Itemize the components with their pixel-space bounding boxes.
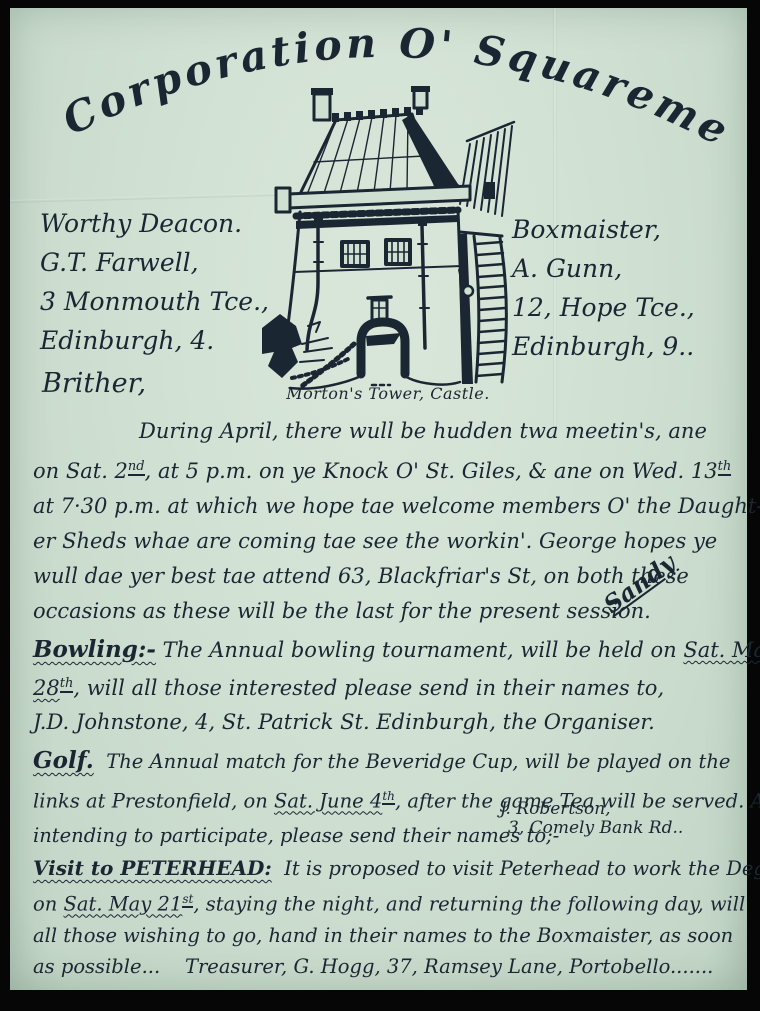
- peterhead-line-1: Visit to PETERHEAD: It is proposed to vi…: [33, 853, 760, 884]
- tower-roof: [300, 86, 466, 194]
- officer-left-title: Worthy Deacon.: [40, 204, 269, 243]
- golf-heading: Golf.: [33, 747, 94, 774]
- officer-right-street: 12, Hope Tce.,: [512, 288, 695, 327]
- intro-line-1: During April, there wull be hudden twa m…: [33, 414, 760, 449]
- golf-line-1: Golf. The Annual match for the Beveridge…: [33, 744, 760, 779]
- officer-left-street: 3 Monmouth Tce.,: [40, 282, 269, 321]
- ordinal-4th: th: [382, 789, 395, 805]
- bowling-date-part-1: Sat. May: [683, 638, 760, 662]
- door-arch: [361, 322, 405, 374]
- officer-block-right: Boxmaister, A. Gunn, 12, Hope Tce., Edin…: [512, 210, 695, 366]
- peterhead-line-3: all those wishing to go, hand in their n…: [33, 920, 760, 951]
- salutation: Brither,: [42, 368, 146, 399]
- peterhead-date: Sat. May 21: [64, 893, 183, 916]
- officer-right-name: A. Gunn,: [512, 249, 695, 288]
- peterhead-line-1-text: It is proposed to visit Peterhead to wor…: [272, 857, 760, 880]
- bowling-heading: Bowling:-: [33, 636, 156, 663]
- intro-line-6: occasions as these will be the last for …: [33, 594, 760, 629]
- stair-lamp: [463, 286, 473, 296]
- peterhead-line-2: on Sat. May 21st, staying the night, and…: [33, 884, 760, 920]
- peterhead-line-4: as possible... Treasurer, G. Hogg, 37, R…: [33, 951, 760, 982]
- golf-contact-block: J. Robertson, 3, Comely Bank Rd..: [500, 800, 683, 838]
- golf-contact-address: 3, Comely Bank Rd..: [500, 819, 683, 838]
- background-wall: [460, 122, 514, 216]
- bowling-section: Bowling:- The Annual bowling tournament,…: [33, 633, 760, 739]
- bowling-line-1: Bowling:- The Annual bowling tournament,…: [33, 633, 760, 667]
- officer-right-title: Boxmaister,: [512, 210, 695, 249]
- wall-window-slit: [484, 182, 495, 199]
- golf-contact-name: J. Robertson,: [500, 800, 683, 819]
- officer-block-left: Worthy Deacon. G.T. Farwell, 3 Monmouth …: [40, 204, 269, 360]
- cornice: [276, 186, 470, 229]
- bowling-date-part-2: 28: [33, 676, 60, 700]
- peterhead-line-2-text-b: , staying the night, and returning the f…: [193, 893, 745, 916]
- golf-date: Sat. June 4: [274, 790, 382, 813]
- ordinal-28th: th: [60, 676, 74, 693]
- golf-line-2-text-a: links at Prestonfield, on: [33, 790, 274, 813]
- officer-left-name: G.T. Farwell,: [40, 243, 269, 282]
- officer-right-city: Edinburgh, 9..: [512, 327, 695, 366]
- scanned-letter: Ye Corporation O' Squaremen.: [0, 0, 760, 1011]
- golf-line-1-text: The Annual match for the Beveridge Cup, …: [94, 750, 731, 773]
- tower-walls: [282, 210, 464, 370]
- peterhead-heading: Visit to PETERHEAD:: [33, 856, 272, 880]
- ordinal-21st: st: [182, 892, 193, 908]
- illustration-caption: Morton's Tower, Castle.: [278, 384, 498, 403]
- bowling-line-2-text: , will all those interested please send …: [73, 676, 664, 700]
- staircase: [458, 232, 506, 384]
- peterhead-line-2-text-a: on: [33, 893, 64, 916]
- tower-windows: [342, 240, 410, 322]
- peterhead-section: Visit to PETERHEAD: It is proposed to vi…: [33, 853, 760, 982]
- intro-line-2-text-b: , at 5 p.m. on ye Knock O' St. Giles, & …: [145, 459, 718, 483]
- bowling-line-1-text: The Annual bowling tournament, will be h…: [156, 638, 683, 662]
- intro-paragraph: During April, there wull be hudden twa m…: [33, 414, 760, 629]
- ordinal-13th: th: [718, 459, 732, 476]
- bowling-line-3: J.D. Johnstone, 4, St. Patrick St. Edinb…: [33, 705, 760, 739]
- intro-line-4: er Sheds whae are coming tae see the wor…: [33, 524, 760, 559]
- intro-line-2-text: on Sat. 2: [33, 459, 128, 483]
- ordinal-2nd: nd: [128, 459, 145, 476]
- intro-line-2: on Sat. 2nd, at 5 p.m. on ye Knock O' St…: [33, 449, 760, 489]
- bowling-line-2: 28th, will all those interested please s…: [33, 667, 760, 705]
- officer-left-city: Edinburgh, 4.: [40, 321, 269, 360]
- tower-illustration: [262, 86, 517, 391]
- intro-line-3: at 7·30 p.m. at which we hope tae welcom…: [33, 489, 760, 524]
